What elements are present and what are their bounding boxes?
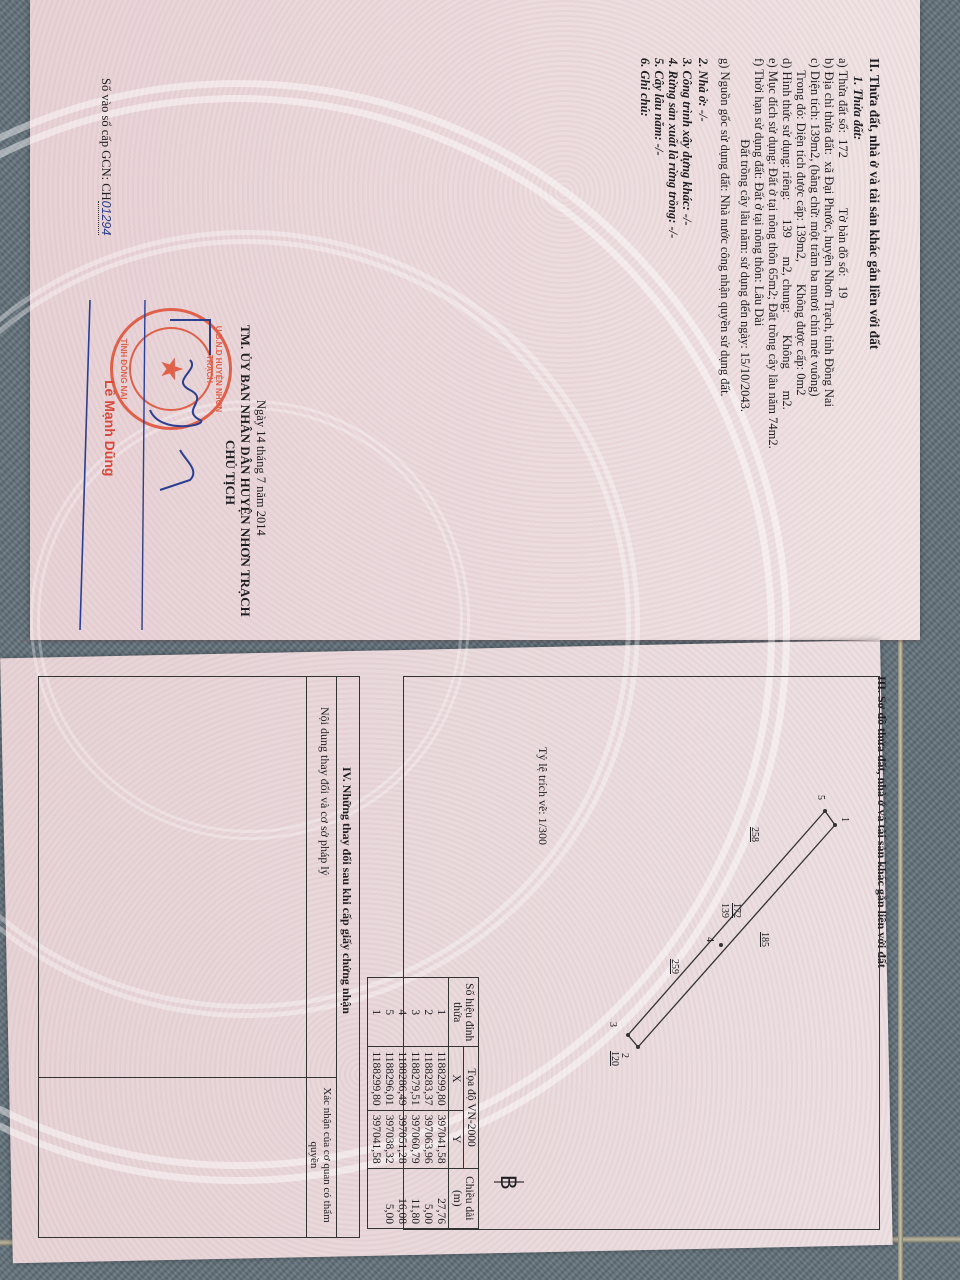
house-line: 2. Nhà ở: -/- bbox=[695, 58, 710, 122]
land-line-a: a) Thửa đất số: 172 Tờ bản đồ số: 19 bbox=[835, 58, 850, 298]
parcel-diagram-box: 1 2 3 4 5 185 120 259 258 172 139 B Tỷ l… bbox=[403, 676, 880, 1230]
vertex-label-4: 4 bbox=[704, 937, 714, 942]
neighbor-185: 185 bbox=[759, 932, 769, 947]
sign-date: Ngày 14 tháng 7 năm 2014 bbox=[255, 400, 268, 536]
changes-box: IV. Những thay đổi sau khi cấp giấy chứn… bbox=[38, 676, 360, 1238]
table-body: 123451 1188299,801188283,371188279,51118… bbox=[368, 978, 449, 1229]
col-y: Y bbox=[449, 1110, 464, 1168]
vertex-label-5: 5 bbox=[815, 795, 825, 800]
neighbor-258: 258 bbox=[749, 827, 759, 842]
neighbor-259: 259 bbox=[669, 959, 679, 974]
parcel-area: 139 bbox=[719, 903, 729, 918]
north-arrow-icon: B bbox=[497, 1175, 519, 1190]
land-line-d: d) Hình thức sử dụng: riêng: 139 m2, chu… bbox=[779, 58, 794, 410]
signer-name: Lê Mạnh Dũng bbox=[102, 380, 118, 476]
land-line-c: c) Diện tích: 139m2, (bằng chữ: một trăm… bbox=[807, 58, 822, 397]
col-coord: Tọa độ VN-2000 bbox=[464, 1047, 479, 1168]
perennial-line: 5. Cây lâu năm: -/- bbox=[651, 58, 666, 156]
land-line-b: b) Địa chỉ thửa đất: xã Đại Phước, huyện… bbox=[821, 58, 836, 407]
sign-org: TM. ỦY BAN NHÂN DÂN HUYỆN NHƠN TRẠCH bbox=[239, 325, 252, 617]
vertex-label-2: 2 bbox=[619, 1053, 629, 1058]
forest-line: 4. Rừng sản xuất là rừng trồng: -/- bbox=[665, 58, 680, 238]
certificate-document: II. Thửa đất, nhà ở và tài sản khác gắn … bbox=[0, 0, 960, 1280]
land-line-e: e) Mục đích sử dụng: Đất ở tại nông thôn… bbox=[765, 58, 780, 449]
page-fold bbox=[20, 640, 920, 642]
col-point: Số hiệu đỉnh thửa bbox=[449, 978, 479, 1047]
land-heading: 1. Thửa đất: bbox=[850, 76, 865, 140]
land-line-f2: Đất trồng cây lâu năm: sử dụng đến ngày:… bbox=[737, 58, 752, 412]
vertex-label-3: 3 bbox=[607, 1022, 617, 1027]
works-line: 3. Công trình xây dựng khác: -/- bbox=[679, 58, 694, 226]
notes-line: 6. Ghi chú: bbox=[637, 58, 652, 117]
coordinate-table: Số hiệu đỉnh thửa Tọa độ VN-2000 Chiều d… bbox=[367, 977, 479, 1229]
neighbor-120: 120 bbox=[609, 1051, 619, 1066]
section2-title: II. Thửa đất, nhà ở và tài sản khác gắn … bbox=[866, 58, 882, 349]
signature bbox=[70, 300, 230, 640]
col-authority-confirm: Xác nhận của cơ quan có thẩm quyền bbox=[307, 1085, 333, 1225]
col-x: X bbox=[449, 1047, 464, 1110]
scale-label: Tỷ lệ trích vẽ: 1/300 bbox=[537, 747, 549, 845]
registry-number: 01294 bbox=[98, 201, 113, 236]
parcel-number: 172 bbox=[731, 903, 741, 918]
registry-line: Số vào sổ cấp GCN: CH01294 bbox=[100, 78, 113, 235]
land-line-g: g) Nguồn gốc sử dụng đất: Nhà nước công … bbox=[717, 58, 732, 397]
col-length: Chiều dài (m) bbox=[449, 1168, 479, 1228]
vertex-label-1: 1 bbox=[839, 817, 849, 822]
land-line-f: f) Thời hạn sử dụng đất: Đất ở tại nông … bbox=[751, 58, 766, 326]
section4-title: IV. Những thay đổi sau khi cấp giấy chứn… bbox=[341, 767, 353, 1014]
col-change-content: Nội dung thay đổi và cơ sở pháp lý bbox=[319, 707, 331, 876]
land-line-c2: Trong đó: Diện tích được cấp: 139m2, Khô… bbox=[793, 58, 808, 396]
